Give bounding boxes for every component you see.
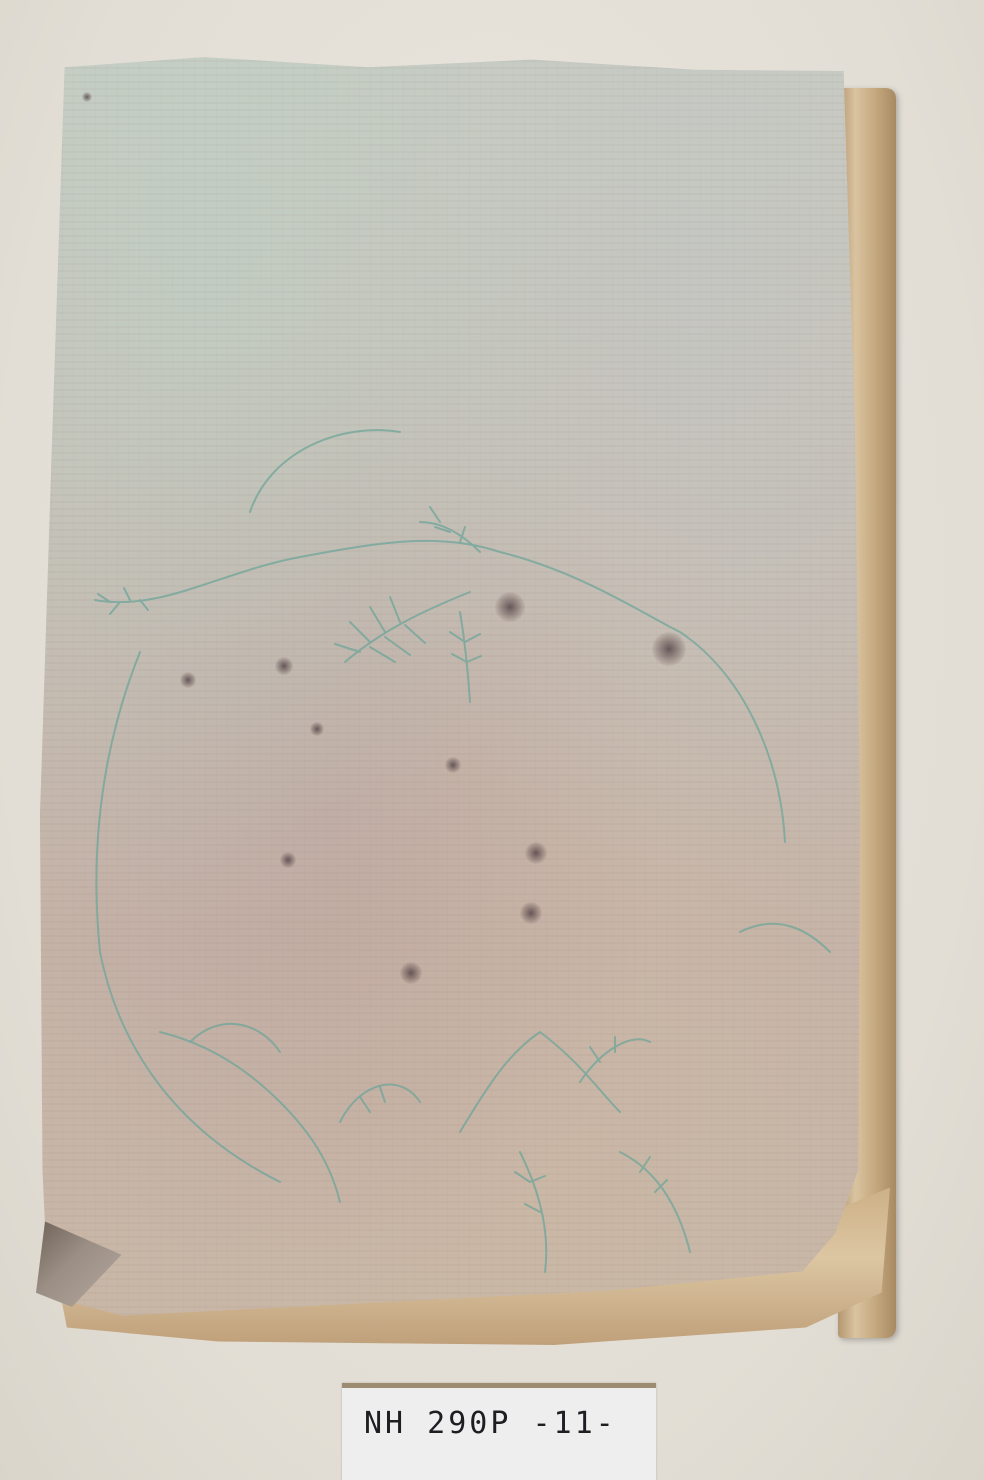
foxing-spot [495,592,525,622]
foxing-spot [652,632,686,666]
foxing-spot [280,852,296,868]
foxing-spot [400,962,422,984]
foxing-spot [310,722,324,736]
foxing-spot [445,757,461,773]
manuscript-cover [40,52,860,1322]
foxing-spot [82,92,92,102]
foxing-spot [525,842,547,864]
botanical-sketch [40,52,860,1322]
foxing-spot [275,657,293,675]
shelfmark-text: NH 290P -11- [364,1406,617,1441]
foxing-spot [520,902,542,924]
archive-label: NH 290P -11- [342,1383,656,1480]
foxing-spot [180,672,196,688]
